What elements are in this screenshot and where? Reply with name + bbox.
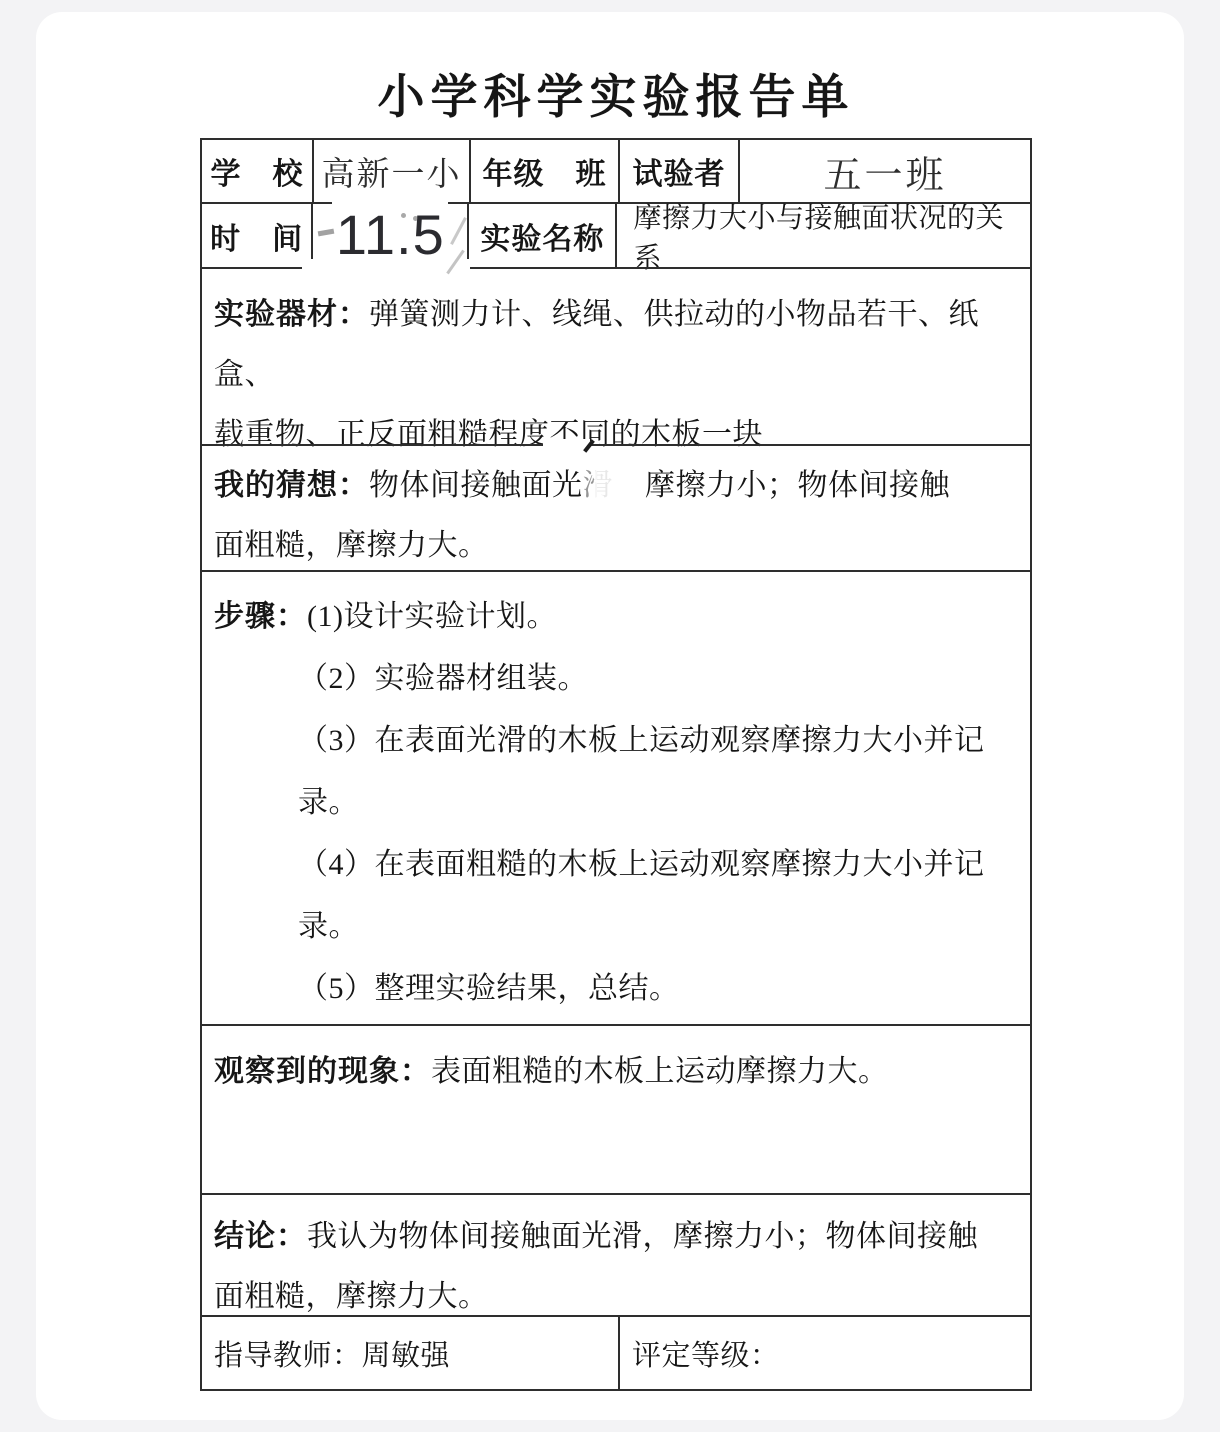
school-label: 学 校 — [202, 140, 312, 202]
header-row-1: 学 校 高新一小 年级 班 试验者 五一班 — [202, 140, 1030, 202]
steps-label: 步骤： — [214, 600, 307, 633]
observation-line: 观察到的现象：表面粗糙的木板上运动摩擦力大。 — [214, 1042, 1016, 1102]
stray-ink-mark — [318, 229, 335, 237]
time-value: 11.5 — [336, 202, 445, 267]
header-row-2: 时 间 11.5 实验名称 摩擦力大小与接触面状况的关系 — [202, 202, 1030, 267]
report-table: 学 校 高新一小 年级 班 试验者 五一班 时 间 11.5 实验名称 摩擦力大… — [200, 138, 1032, 1391]
step-4: （4）在表面粗糙的木板上运动观察摩擦力大小并记录。 — [214, 834, 1016, 958]
teacher-cell: 指导教师：周敏强 — [202, 1317, 618, 1389]
step-3: （3）在表面光滑的木板上运动观察摩擦力大小并记录。 — [214, 710, 1016, 834]
guess-text-smudged: 滑 — [583, 456, 614, 516]
step-1: (1)设计实验计划。 — [307, 600, 557, 633]
observation-section: 观察到的现象：表面粗糙的木板上运动摩擦力大。 — [202, 1024, 1030, 1193]
page-title: 小学科学实验报告单 — [200, 60, 1032, 127]
observation-text: 表面粗糙的木板上运动摩擦力大。 — [431, 1055, 889, 1088]
teacher-label: 指导教师： — [214, 1340, 362, 1372]
experiment-name-label: 实验名称 — [467, 204, 615, 267]
conclusion-text: 我认为物体间接触面光滑，摩擦力小；物体间接触 — [307, 1220, 978, 1253]
conclusion-section: 结论：我认为物体间接触面光滑，摩擦力小；物体间接触 面粗糙，摩擦力大。 — [202, 1193, 1030, 1315]
screenshot-root: { "page": { "title": "小学科学实验报告单" }, "for… — [0, 0, 1220, 1432]
tester-label: 试验者 — [618, 140, 738, 202]
observation-label: 观察到的现象： — [214, 1055, 431, 1088]
materials-label: 实验器材： — [214, 298, 369, 331]
step-line-1: 步骤：(1)设计实验计划。 — [214, 586, 1016, 648]
guess-text-head: 物体间接触面光 — [369, 469, 583, 502]
guess-text-tail: 摩擦力小；物体间接触 — [645, 469, 950, 502]
grade-class-label: 年级 班 — [469, 140, 618, 202]
teacher-name: 周敏强 — [362, 1340, 451, 1372]
time-label: 时 间 — [202, 204, 311, 267]
tester-value: 五一班 — [738, 140, 1030, 202]
grade-rating-cell: 评定等级： — [618, 1317, 1030, 1389]
step-5: （5）整理实验结果，总结。 — [214, 958, 1016, 1020]
grade-rating-label: 评定等级： — [632, 1340, 780, 1372]
guess-section: 我的猜想：物体间接触面光滑摩擦力小；物体间接触 面粗糙，摩擦力大。 — [202, 444, 1030, 570]
guess-line-1: 我的猜想：物体间接触面光滑摩擦力小；物体间接触 — [214, 456, 1016, 516]
materials-line-1: 实验器材：弹簧测力计、线绳、供拉动的小物品若干、纸盒、 — [214, 285, 1016, 405]
experiment-name-value: 摩擦力大小与接触面状况的关系 — [615, 204, 1030, 267]
report-page-card: 小学科学实验报告单 学 校 高新一小 年级 班 试验者 五一班 时 间 11.5… — [36, 12, 1184, 1420]
steps-section: 步骤：(1)设计实验计划。 （2）实验器材组装。 （3）在表面光滑的木板上运动观… — [202, 570, 1030, 1024]
step-2: （2）实验器材组装。 — [214, 648, 1016, 710]
conclusion-line-1: 结论：我认为物体间接触面光滑，摩擦力小；物体间接触 — [214, 1207, 1016, 1267]
guess-label: 我的猜想： — [214, 469, 369, 502]
footer-row: 指导教师：周敏强 评定等级： — [202, 1315, 1030, 1389]
conclusion-label: 结论： — [214, 1220, 307, 1253]
materials-section: 实验器材：弹簧测力计、线绳、供拉动的小物品若干、纸盒、 载重物、正反面粗糙程度不… — [202, 267, 1030, 444]
guess-line-2: 面粗糙，摩擦力大。 — [214, 516, 1016, 576]
stray-ink-mark — [450, 217, 467, 245]
time-value-cell: 11.5 — [311, 204, 467, 267]
school-value: 高新一小 — [312, 140, 469, 202]
